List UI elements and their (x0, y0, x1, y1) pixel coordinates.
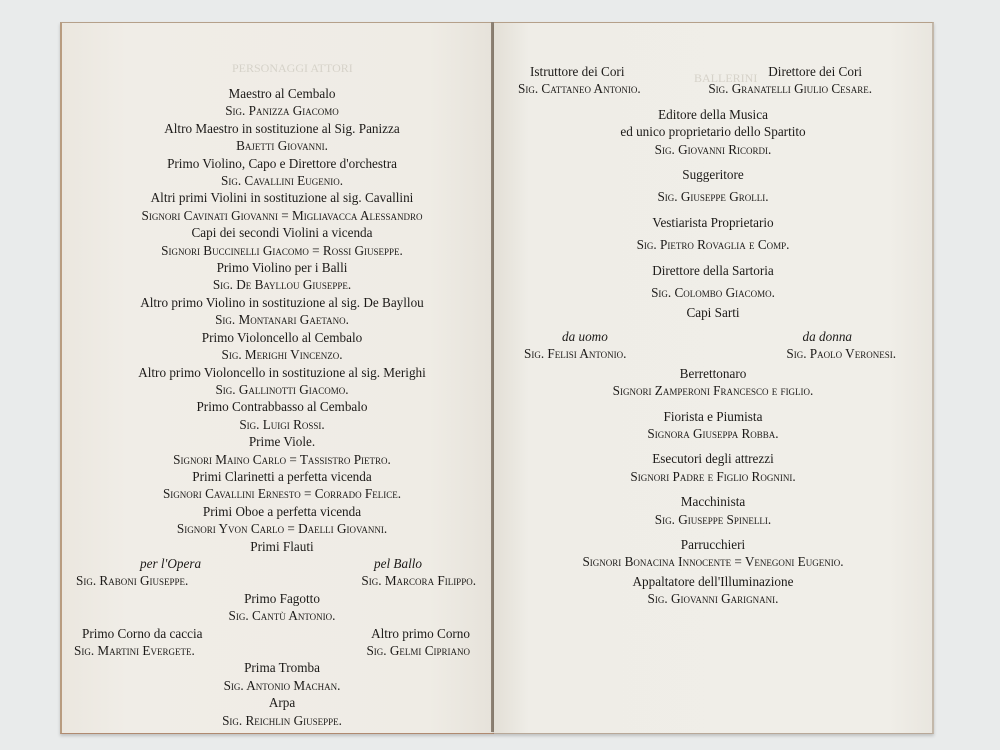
person-name: Sig. De Bayllou Giuseppe. (62, 276, 502, 293)
role-label: Arpa (62, 694, 502, 711)
corni-roles: Primo Corno da caccia Altro primo Corno (62, 625, 502, 642)
role-label: Berrettonaro (494, 365, 932, 382)
person-name: Sig. Giuseppe Spinelli. (494, 511, 932, 528)
person-name: Sig. Giovanni Garignani. (494, 590, 932, 607)
person-name: Sig. Felisi Antonio. (524, 345, 626, 362)
orchestra-list: Maestro al Cembalo Sig. Panizza Giacomo … (62, 85, 502, 729)
person-name: Sig. Merighi Vincenzo. (62, 346, 502, 363)
person-name: Sig. Cattaneo Antonio. (518, 80, 641, 97)
role-label: pel Ballo (374, 555, 422, 572)
person-name: Sig. Antonio Machan. (62, 677, 502, 694)
person-name: Sig. Granatelli Giulio Cesare. (708, 80, 872, 97)
role-label: Primo Corno da caccia (82, 625, 202, 642)
role-label: Primo Violino per i Balli (62, 259, 502, 276)
corni-names: Sig. Martini Evergete. Sig. Gelmi Cipria… (62, 642, 502, 659)
person-name: Sig. Luigi Rossi. (62, 416, 502, 433)
role-label: Capi dei secondi Violini a vicenda (62, 224, 502, 241)
person-name: Sig. Montanari Gaetano. (62, 311, 502, 328)
role-label: Macchinista (494, 493, 932, 510)
role-label: Vestiarista Proprietario (494, 214, 932, 231)
person-name: Sig. Raboni Giuseppe. (76, 572, 188, 589)
sarti-names: Sig. Felisi Antonio. Sig. Paolo Veronesi… (494, 345, 932, 362)
role-label: Altro primo Corno (371, 625, 470, 642)
role-label: Editore della Musica (494, 106, 932, 123)
person-name: Signori Cavallini Ernesto = Corrado Feli… (62, 485, 502, 502)
person-name: Sig. Marcora Filippo. (361, 572, 476, 589)
role-label: Fiorista e Piumista (494, 408, 932, 425)
open-libretto: PERSONAGGI ATTORI Maestro al Cembalo Sig… (60, 22, 932, 732)
role-label: Maestro al Cembalo (62, 85, 502, 102)
person-name: Signori Buccinelli Giacomo = Rossi Giuse… (62, 242, 502, 259)
role-label: per l'Opera (140, 555, 201, 572)
role-label: Primo Violino, Capo e Direttore d'orches… (62, 155, 502, 172)
person-name: Signori Padre e Figlio Rognini. (494, 468, 932, 485)
right-page: BALLERINI Istruttore dei Cori Direttore … (494, 22, 934, 734)
person-name: Sig. Giuseppe Grolli. (494, 188, 932, 205)
role-label: Capi Sarti (494, 304, 932, 321)
cori-roles: Istruttore dei Cori Direttore dei Cori (494, 63, 932, 80)
person-name: Sig. Cantù Antonio. (62, 607, 502, 624)
person-name: Signora Giuseppa Robba. (494, 425, 932, 442)
role-label: Direttore dei Cori (768, 63, 862, 80)
bleed-through-text: PERSONAGGI ATTORI (232, 61, 353, 76)
role-label: Primo Violoncello al Cembalo (62, 329, 502, 346)
role-label: Primo Contrabbasso al Cembalo (62, 398, 502, 415)
cori-names: Sig. Cattaneo Antonio. Sig. Granatelli G… (494, 80, 932, 97)
person-name: Sig. Panizza Giacomo (62, 102, 502, 119)
person-name: Signori Cavinati Giovanni = Migliavacca … (62, 207, 502, 224)
person-name: Sig. Giovanni Ricordi. (494, 141, 932, 158)
role-label: Altro primo Violoncello in sostituzione … (62, 364, 502, 381)
role-label: Altro primo Violino in sostituzione al s… (62, 294, 502, 311)
person-name: Sig. Pietro Rovaglia e Comp. (494, 236, 932, 253)
staff-list: Istruttore dei Cori Direttore dei Cori S… (494, 63, 932, 608)
person-name: Sig. Reichlin Giuseppe. (62, 712, 502, 729)
role-label: da uomo (562, 328, 608, 345)
role-label: da donna (803, 328, 852, 345)
role-label: Altri primi Violini in sostituzione al s… (62, 189, 502, 206)
role-label: Suggeritore (494, 166, 932, 183)
role-label: Esecutori degli attrezzi (494, 450, 932, 467)
person-name: Signori Maino Carlo = Tassistro Pietro. (62, 451, 502, 468)
person-name: Sig. Cavallini Eugenio. (62, 172, 502, 189)
left-page: PERSONAGGI ATTORI Maestro al Cembalo Sig… (60, 22, 494, 734)
role-label: Altro Maestro in sostituzione al Sig. Pa… (62, 120, 502, 137)
role-label: Istruttore dei Cori (530, 63, 625, 80)
person-name: Sig. Gelmi Cipriano (366, 642, 470, 659)
person-name: Bajetti Giovanni. (62, 137, 502, 154)
role-label: Direttore della Sartoria (494, 262, 932, 279)
role-label: Primi Flauti (62, 538, 502, 555)
role-label: Primi Clarinetti a perfetta vicenda (62, 468, 502, 485)
role-label: Appaltatore dell'Illuminazione (494, 573, 932, 590)
role-label: Prima Tromba (62, 659, 502, 676)
person-name: Sig. Gallinotti Giacomo. (62, 381, 502, 398)
person-name: Signori Zamperoni Francesco e figlio. (494, 382, 932, 399)
role-label: Parrucchieri (494, 536, 932, 553)
flauti-names: Sig. Raboni Giuseppe. Sig. Marcora Filip… (62, 572, 502, 589)
role-label: Prime Viole. (62, 433, 502, 450)
role-label: Primi Oboe a perfetta vicenda (62, 503, 502, 520)
person-name: Sig. Colombo Giacomo. (494, 284, 932, 301)
sarti-labels: da uomo da donna (494, 322, 932, 345)
person-name: Sig. Martini Evergete. (74, 642, 195, 659)
person-name: Signori Yvon Carlo = Daelli Giovanni. (62, 520, 502, 537)
role-label: ed unico proprietario dello Spartito (494, 123, 932, 140)
person-name: Signori Bonacina Innocente = Venegoni Eu… (494, 553, 932, 570)
person-name: Sig. Paolo Veronesi. (786, 345, 896, 362)
flauti-labels: per l'Opera pel Ballo (62, 555, 502, 572)
role-label: Primo Fagotto (62, 590, 502, 607)
